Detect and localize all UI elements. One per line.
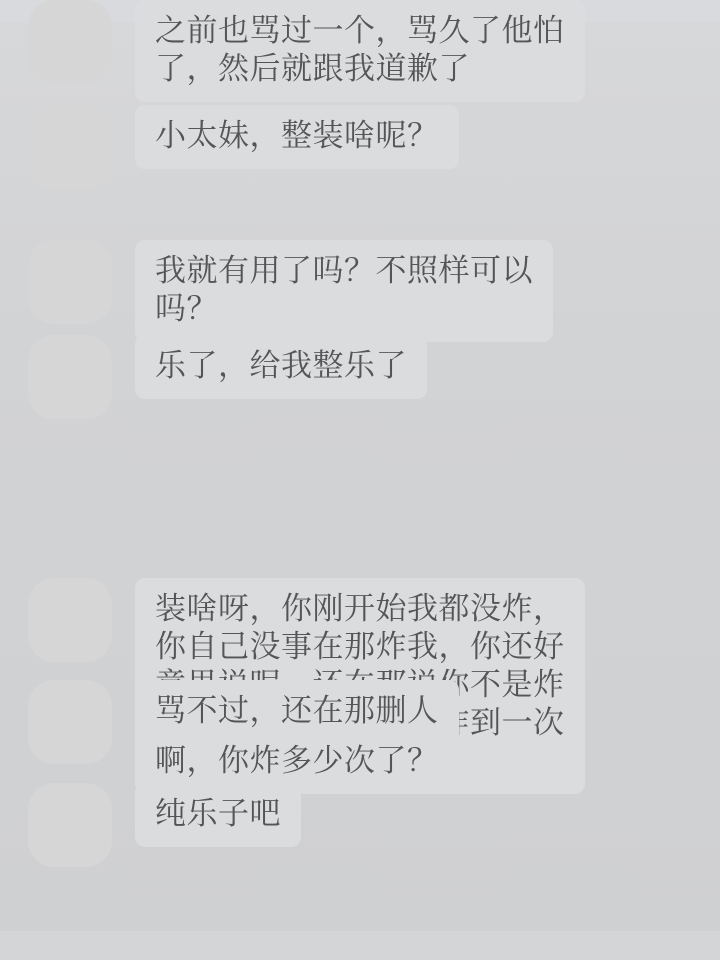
message-bubble[interactable]: 小太妹，整装啥呢？ — [135, 105, 459, 169]
message-bubble[interactable]: 我就有用了吗？不照样可以 吗？ — [135, 240, 553, 342]
message-row: 小太妹，整装啥呢？ — [28, 105, 459, 189]
message-text: 乐了，给我整乐了 — [155, 347, 407, 385]
message-text: 纯乐子吧 — [155, 795, 281, 833]
message-bubble[interactable]: 骂不过，还在那删人 — [135, 680, 459, 744]
message-bubble[interactable]: 纯乐子吧 — [135, 783, 301, 847]
contact-avatar[interactable] — [28, 105, 112, 189]
contact-avatar[interactable] — [28, 783, 112, 867]
message-text: 我就有用了吗？不照样可以 吗？ — [155, 252, 533, 328]
message-text: 小太妹，整装啥呢？ — [155, 117, 439, 155]
contact-avatar[interactable] — [28, 680, 112, 764]
message-row: 之前也骂过一个，骂久了他怕 了，然后就跟我道歉了 — [28, 0, 585, 102]
message-text: 之前也骂过一个，骂久了他怕 了，然后就跟我道歉了 — [155, 12, 565, 88]
message-bubble[interactable]: 之前也骂过一个，骂久了他怕 了，然后就跟我道歉了 — [135, 0, 585, 102]
message-row: 乐了，给我整乐了 — [28, 335, 427, 419]
message-text: 骂不过，还在那删人 — [155, 692, 439, 730]
contact-avatar[interactable] — [28, 0, 112, 84]
message-row: 我就有用了吗？不照样可以 吗？ — [28, 240, 553, 342]
contact-avatar[interactable] — [28, 240, 112, 324]
message-row: 纯乐子吧 — [28, 783, 301, 867]
contact-avatar[interactable] — [28, 578, 112, 662]
chat-screen: 小太妹，整装啥呢？ 我就有用了吗？不照样可以 吗？ 乐了，给我整乐了 装啥呀，你… — [0, 0, 720, 960]
message-row: 骂不过，还在那删人 — [28, 680, 459, 764]
contact-avatar[interactable] — [28, 335, 112, 419]
input-bar-edge — [0, 931, 720, 960]
message-bubble[interactable]: 乐了，给我整乐了 — [135, 335, 427, 399]
